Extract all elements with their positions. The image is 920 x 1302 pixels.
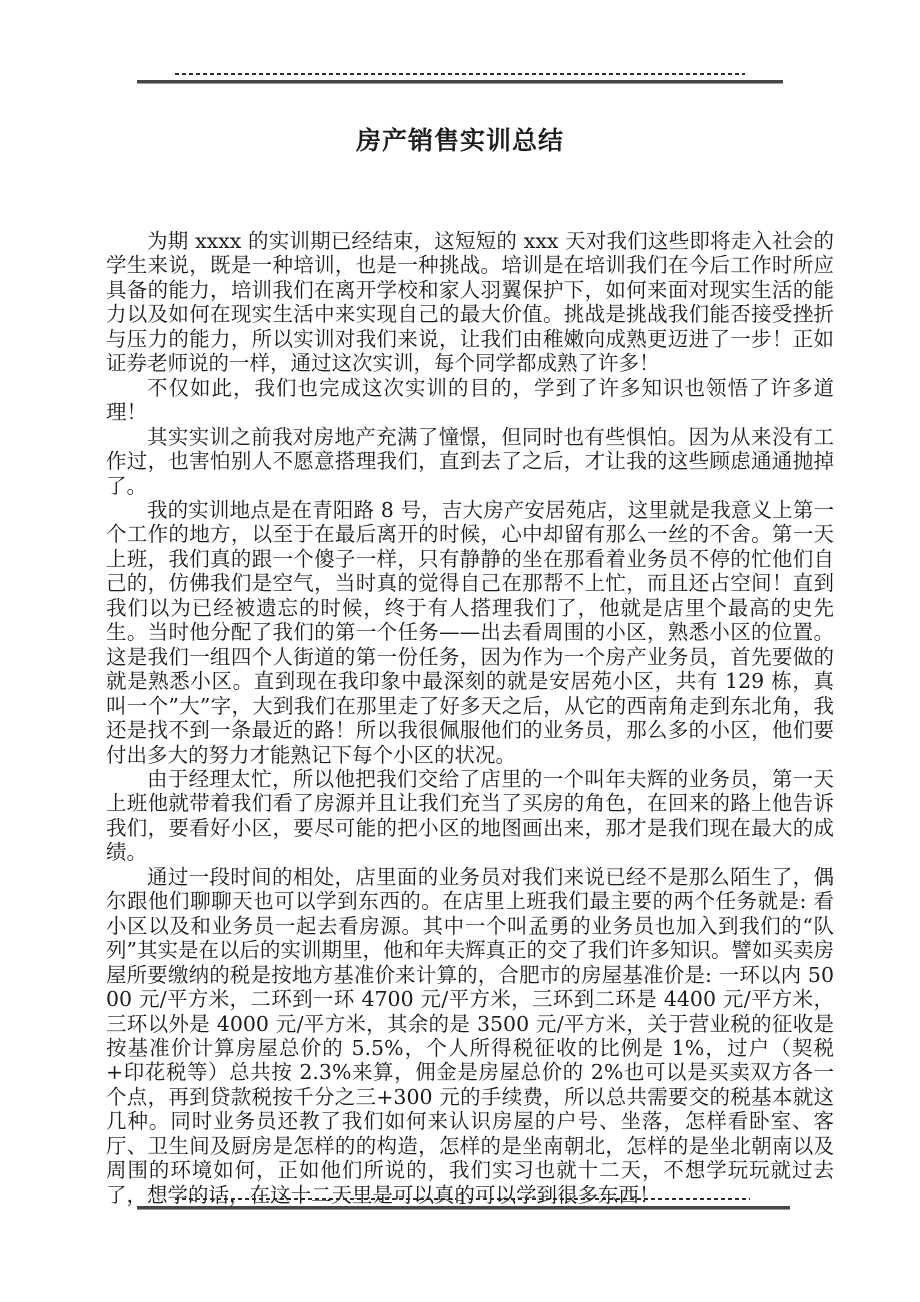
footer-dash-left (175, 1198, 456, 1200)
page-title: 房产销售实训总结 (0, 124, 920, 158)
header-dashed-rule (175, 73, 745, 75)
paragraph-3: 其实实训之前我对房地产充满了憧憬，但同时也有些惧怕。因为从来没有工作过，也害怕别… (106, 425, 834, 498)
document-body: 为期 xxxx 的实训期已经结束，这短短的 xxx 天对我们这些即将走入社会的学… (106, 229, 834, 1207)
page-number: 1 (456, 1191, 469, 1208)
footer-solid-rule (137, 1206, 790, 1210)
header-solid-rule (137, 80, 783, 84)
paragraph-6: 通过一段时间的相处，店里面的业务员对我们来说已经不是那么陌生了，偶尔跟他们聊聊天… (106, 865, 834, 1207)
paragraph-5: 由于经理太忙，所以他把我们交给了店里的一个叫年夫辉的业务员，第一天上班他就带着我… (106, 767, 834, 865)
paragraph-1: 为期 xxxx 的实训期已经结束，这短短的 xxx 天对我们这些即将走入社会的学… (106, 229, 834, 376)
document-page: 房产销售实训总结 为期 xxxx 的实训期已经结束，这短短的 xxx 天对我们这… (0, 0, 920, 1302)
paragraph-2: 不仅如此，我们也完成这次实训的目的，学到了许多知识也领悟了许多道理！ (106, 376, 834, 425)
footer-dash-right (469, 1198, 750, 1200)
paragraph-4: 我的实训地点是在青阳路 8 号，吉大房产安居苑店，这里就是我意义上第一个工作的地… (106, 498, 834, 767)
